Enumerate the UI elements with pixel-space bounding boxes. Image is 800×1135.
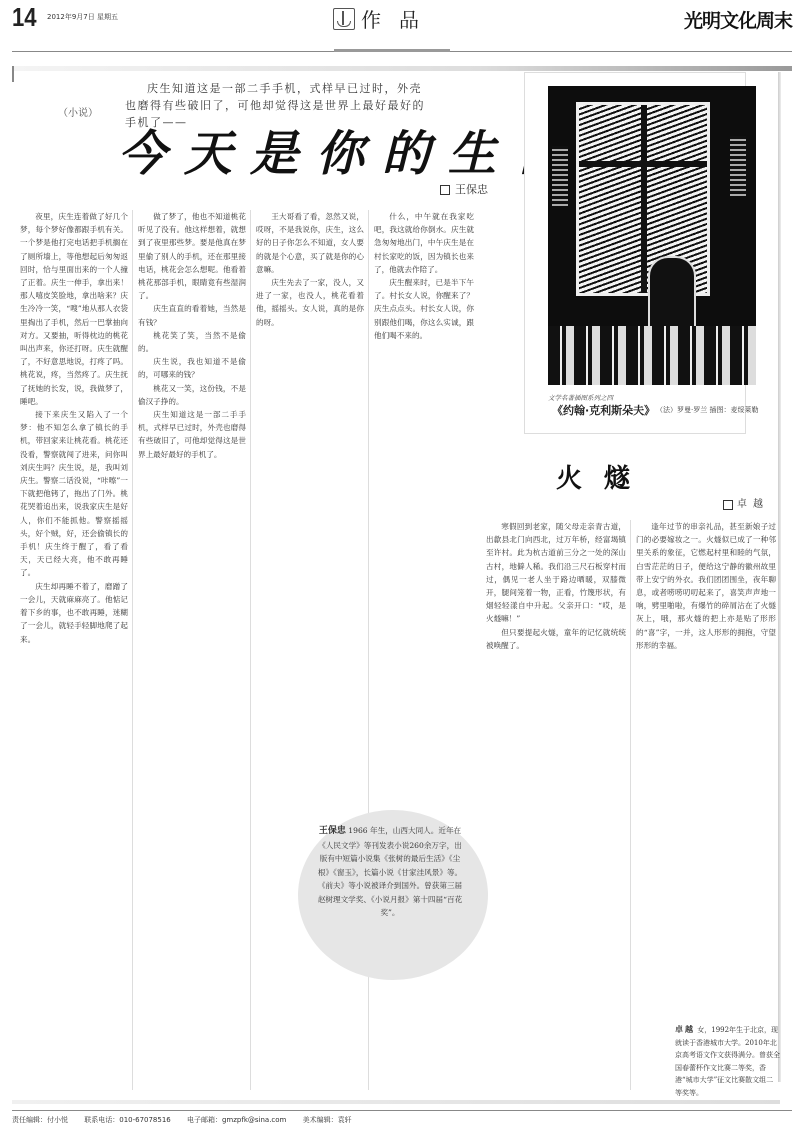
story1-column-1: 夜里，庆生连着做了好几个梦，每个梦好像都跟手机有关。一个梦是他打完电话把手机搁在… [20,210,128,1090]
top-gradient-bar [12,66,792,71]
author-name: 王保忠 [455,183,488,196]
paragraph: 桃花又一笑，这份钱，不是偷汉子挣的。 [138,382,246,408]
footer-art-editor: 美术编辑：袁轩 [303,1116,352,1124]
curtain-shape [552,146,568,206]
column-divider [132,210,133,1090]
bio-author-name: 王保忠 [319,826,346,836]
paragraph: 庆生先去了一家，没人，又进了一家，也没人，桃花看着他，摇摇头。女人说，真的是你的… [256,276,364,329]
illustration-series: 文学名著插图系列之四 [548,393,613,402]
section-header: 作品 [333,4,437,33]
footer-credits: 责任编辑：付小悦 联系电话：010-67078516 电子邮箱：gmzpfk@s… [12,1115,366,1125]
story-byline: 王保忠 [440,181,488,197]
bio-author-name: 卓越 [675,1024,695,1034]
square-box-icon [440,185,450,195]
paragraph: 庆生却再睡不着了，磨蹭了一会儿，天就麻麻亮了。他惦记着下乡的事，也不敢再睡，迷糊… [20,580,128,646]
paragraph: 庆生醒来时，已是半下午了。村长女人说，你醒来了？庆生点点头。村长女人说，你别跟他… [374,276,474,342]
paragraph: 接下来庆生又陷入了一个梦：他不知怎么拿了镇长的手机，带回家来让桃花看。桃花还没看… [20,408,128,580]
paragraph: 桃花笑了笑，当然不是偷的。 [138,329,246,355]
bottom-gradient-bar [12,1100,780,1104]
left-edge-marker [12,66,14,82]
author-name: 卓越 [737,499,769,510]
curtain-shape [730,136,746,196]
bio-text: 年生，山西大同人。近年在《人民文学》等刊发表小说260余万字，出版有中短篇小说集… [318,826,462,917]
footer-email: 电子邮箱：gmzpfk@sina.com [187,1116,286,1124]
paragraph: 什么，中午就在我家吃吧，我这就给你倒水。庆生就急匆匆地出门，中午庆生是在村长家吃… [374,210,474,276]
paragraph: 庆生直直的看着她，当然是有钱？ [138,302,246,328]
bio-text: 女，1992年生于北京，现就读于香港城市大学。2010年北京高考语文作文获得满分… [675,1026,780,1097]
right-border-shadow [778,72,781,1082]
story-headline: 今天是你的生日 [118,124,580,184]
paragraph: 寒假回到老家，随父母走亲青古道，出歙县北门向西北，过万年桥，经富堨镇至许村。此为… [486,520,626,626]
story2-byline: 卓越 [723,495,769,510]
paragraph: 逢年过节的串亲礼品，甚至新娘子过门的必要嫁妆之一。火燧似已成了一种邻里关系的象征… [636,520,776,652]
footer-divider [12,1110,792,1111]
illustration-credit: （法）罗曼·罗兰 插图：麦绥莱勒 [656,405,758,415]
column-divider [250,210,251,1090]
bio-birth-year: 1966 [348,826,367,835]
paragraph: 庆生说，我也知道不是偷的，可哪来的钱？ [138,355,246,381]
book-icon [333,8,355,30]
railing-shape [548,326,756,385]
woodcut-illustration [548,86,756,385]
paragraph: 庆生知道这是一部二手手机，式样早已过时，外壳也磨得有些破旧了，可他却觉得这是世界… [138,408,246,461]
square-box-icon [723,500,733,510]
footer-phone: 联系电话：010-67078516 [84,1116,171,1124]
illustration-title: 《约翰·克利斯朵夫》 [552,402,655,418]
story-genre: （小说） [58,104,98,119]
author-bio: 王保忠 1966 年生，山西大同人。近年在《人民文学》等刊发表小说260余万字，… [315,824,465,920]
section-title: 作品 [361,4,437,33]
story2-column-2: 逢年过节的串亲礼品，甚至新娘子过门的必要嫁妆之一。火燧似已成了一种邻里关系的象征… [636,520,776,1015]
paragraph: 但只要提起火燧，童年的记忆就统统被唤醒了。 [486,626,626,652]
paragraph: 王大哥看了看，忽然又说，哎呀，不是我说你，庆生，这么好的日子你怎么不知道，女人要… [256,210,364,276]
paragraph: 夜里，庆生连着做了好几个梦，每个梦好像都跟手机有关。一个梦是他打完电话把手机搁在… [20,210,128,408]
story1-column-2: 做了梦了，他也不知道桃花听见了没有。他这样想着，就想到了夜里那些梦。要是他真在梦… [138,210,246,1090]
story2-headline: 火燧 [556,458,652,495]
child-figure [648,256,696,330]
section-tab-underline [334,49,450,52]
footer-editor: 责任编辑：付小悦 [12,1116,68,1124]
paragraph: 做了梦了，他也不知道桃花听见了没有。他这样想着，就想到了夜里那些梦。要是他真在梦… [138,210,246,302]
column-divider [630,520,631,1090]
masthead: 光明文化周末 [684,6,792,33]
page-number: 14 [12,2,37,32]
story2-author-bio: 卓越 女，1992年生于北京，现就读于香港城市大学。2010年北京高考语文作文获… [675,1023,780,1099]
story2-column-1: 寒假回到老家，随父母走亲青古道，出歙县北门向西北，过万年桥，经富堨镇至许村。此为… [486,520,626,1090]
issue-date: 2012年9月7日 星期五 [47,12,118,22]
